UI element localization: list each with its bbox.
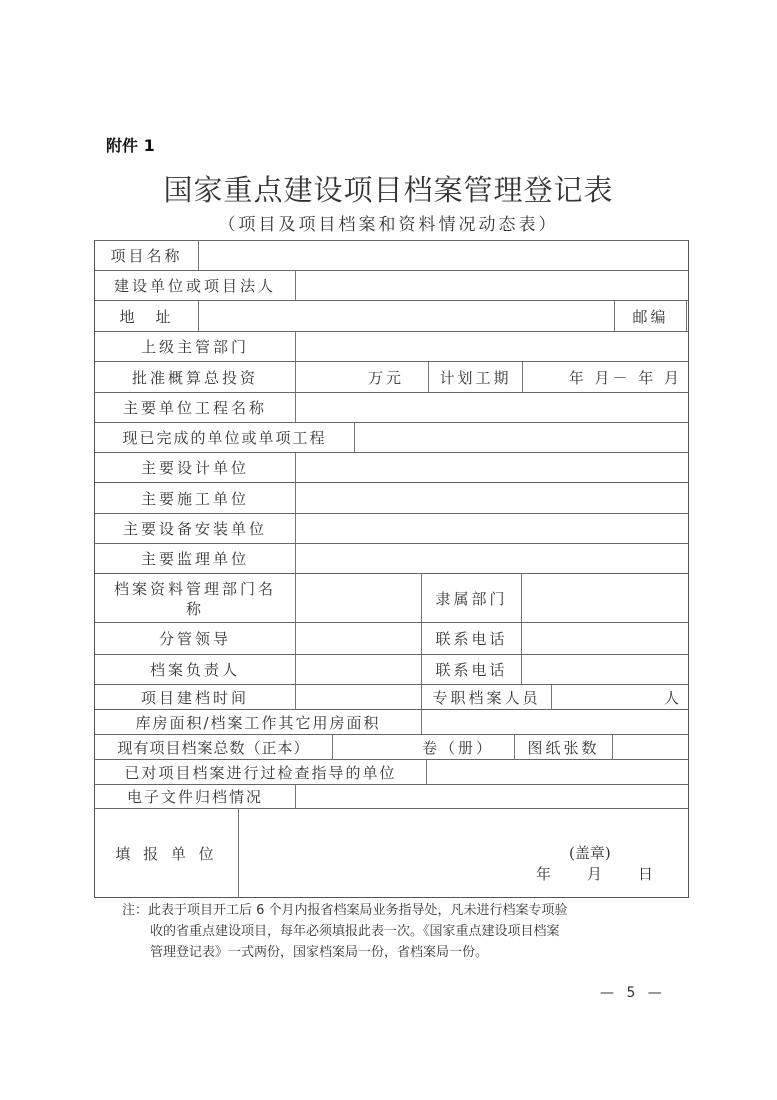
volumes-unit: 卷（册） [422, 738, 494, 758]
label-budget: 批准概算总投资 [95, 362, 295, 393]
field-main-unit-project[interactable] [295, 393, 688, 423]
staff-unit: 人 [664, 688, 682, 708]
seal-label: (盖章) [569, 843, 611, 863]
field-budget[interactable]: 万元 [295, 362, 428, 393]
label-installation-unit: 主要设备安装单位 [95, 514, 295, 544]
row-design-unit: 主要设计单位 [95, 452, 688, 483]
row-main-unit-project: 主要单位工程名称 [95, 392, 688, 423]
row-installation-unit: 主要设备安装单位 [95, 513, 688, 544]
row-archive-dept: 档案资料管理部门名称 隶属部门 [95, 573, 688, 623]
footnote-line-2: 收的省重点建设项目，每年必须填报此表一次。《国家重点建设项目档案 [122, 921, 692, 942]
row-archive-head: 档案负责人 联系电话 [95, 654, 688, 685]
label-inspected-by: 已对项目档案进行过检查指导的单位 [95, 760, 426, 785]
page-title: 国家重点建设项目档案管理登记表 [0, 168, 777, 209]
row-total-archives: 现有项目档案总数（正本） 卷（册） 图纸张数 [95, 734, 688, 760]
row-archive-time: 项目建档时间 专职档案人员 人 [95, 684, 688, 710]
field-electronic-filing[interactable] [295, 785, 688, 809]
label-main-unit-project: 主要单位工程名称 [95, 393, 295, 423]
field-reporting-unit[interactable]: (盖章) 年 月 日 [238, 809, 688, 898]
attachment-label: 附件 1 [106, 133, 155, 156]
date-label: 年 月 日 [536, 864, 655, 884]
page-subtitle: （项目及项目档案和资料情况动态表） [0, 210, 777, 235]
label-design-unit: 主要设计单位 [95, 453, 295, 483]
label-schedule: 计划工期 [428, 362, 522, 393]
label-reporting-unit: 填 报 单 位 [95, 809, 238, 898]
label-superior-dept: 上级主管部门 [95, 332, 295, 362]
label-address: 地 址 [95, 301, 198, 332]
label-builder: 建设单位或项目法人 [95, 271, 295, 301]
field-supervision-unit[interactable] [295, 544, 688, 574]
field-phone-2[interactable] [521, 655, 688, 685]
row-superior-dept: 上级主管部门 [95, 331, 688, 362]
field-archive-time[interactable] [295, 685, 421, 710]
label-project-name: 项目名称 [95, 241, 198, 271]
label-phone-2: 联系电话 [421, 655, 521, 685]
field-archive-head[interactable] [295, 655, 421, 685]
row-storage-area: 库房面积/档案工作其它用房面积 [95, 709, 688, 735]
field-schedule[interactable]: 年 月－ 年 月 [522, 362, 688, 393]
label-storage-area: 库房面积/档案工作其它用房面积 [95, 710, 421, 735]
field-design-unit[interactable] [295, 453, 688, 483]
registration-table: 项目名称 建设单位或项目法人 地 址 邮编 上级主管部门 批准概算总投资 万元 … [94, 240, 689, 898]
row-leader: 分管领导 联系电话 [95, 622, 688, 655]
field-total-archives[interactable]: 卷（册） [332, 735, 514, 760]
label-fulltime-staff: 专职档案人员 [421, 685, 551, 710]
row-address: 地 址 邮编 [95, 300, 688, 332]
budget-unit: 万元 [368, 368, 404, 388]
row-budget: 批准概算总投资 万元 计划工期 年 月－ 年 月 [95, 361, 688, 393]
field-installation-unit[interactable] [295, 514, 688, 544]
label-phone-1: 联系电话 [421, 623, 521, 655]
field-affiliated-dept[interactable] [521, 574, 688, 623]
row-supervision-unit: 主要监理单位 [95, 543, 688, 574]
row-electronic-filing: 电子文件归档情况 [95, 784, 688, 809]
field-builder[interactable] [295, 271, 688, 301]
label-archive-dept-name: 档案资料管理部门名称 [95, 574, 295, 623]
page-number: — 5 — [600, 985, 666, 1001]
footnote-line-1: 注：此表于项目开工后 6 个月内报省档案局业务指导处，凡未进行档案专项验 [122, 900, 692, 921]
label-leader: 分管领导 [95, 623, 295, 655]
field-construction-unit[interactable] [295, 483, 688, 514]
field-drawing-count[interactable] [612, 735, 688, 760]
row-reporting-unit: 填 报 单 位 (盖章) 年 月 日 [95, 808, 688, 898]
label-drawing-count: 图纸张数 [514, 735, 612, 760]
footnote-line-3: 管理登记表》一式两份，国家档案局一份，省档案局一份。 [122, 942, 692, 963]
row-inspected-by: 已对项目档案进行过检查指导的单位 [95, 759, 688, 785]
field-inspected-by[interactable] [426, 760, 688, 785]
label-supervision-unit: 主要监理单位 [95, 544, 295, 574]
field-leader[interactable] [295, 623, 421, 655]
label-archive-head: 档案负责人 [95, 655, 295, 685]
label-electronic-filing: 电子文件归档情况 [95, 785, 295, 809]
label-completed-project: 现已完成的单位或单项工程 [95, 423, 354, 453]
field-project-name[interactable] [198, 241, 688, 271]
footnote: 注：此表于项目开工后 6 个月内报省档案局业务指导处，凡未进行档案专项验 收的省… [122, 900, 692, 963]
label-postcode: 邮编 [614, 301, 686, 332]
field-superior-dept[interactable] [295, 332, 688, 362]
field-postcode[interactable] [686, 301, 688, 332]
field-fulltime-staff[interactable]: 人 [551, 685, 688, 710]
field-completed-project[interactable] [354, 423, 688, 453]
row-completed-project: 现已完成的单位或单项工程 [95, 422, 688, 453]
label-archive-time: 项目建档时间 [95, 685, 295, 710]
label-construction-unit: 主要施工单位 [95, 483, 295, 514]
row-construction-unit: 主要施工单位 [95, 482, 688, 514]
label-total-archives: 现有项目档案总数（正本） [95, 735, 332, 760]
row-builder: 建设单位或项目法人 [95, 270, 688, 301]
field-archive-dept-name[interactable] [295, 574, 421, 623]
field-phone-1[interactable] [521, 623, 688, 655]
label-affiliated-dept: 隶属部门 [421, 574, 521, 623]
field-address[interactable] [198, 301, 614, 332]
field-storage-area[interactable] [421, 710, 688, 735]
row-project-name: 项目名称 [95, 240, 688, 271]
